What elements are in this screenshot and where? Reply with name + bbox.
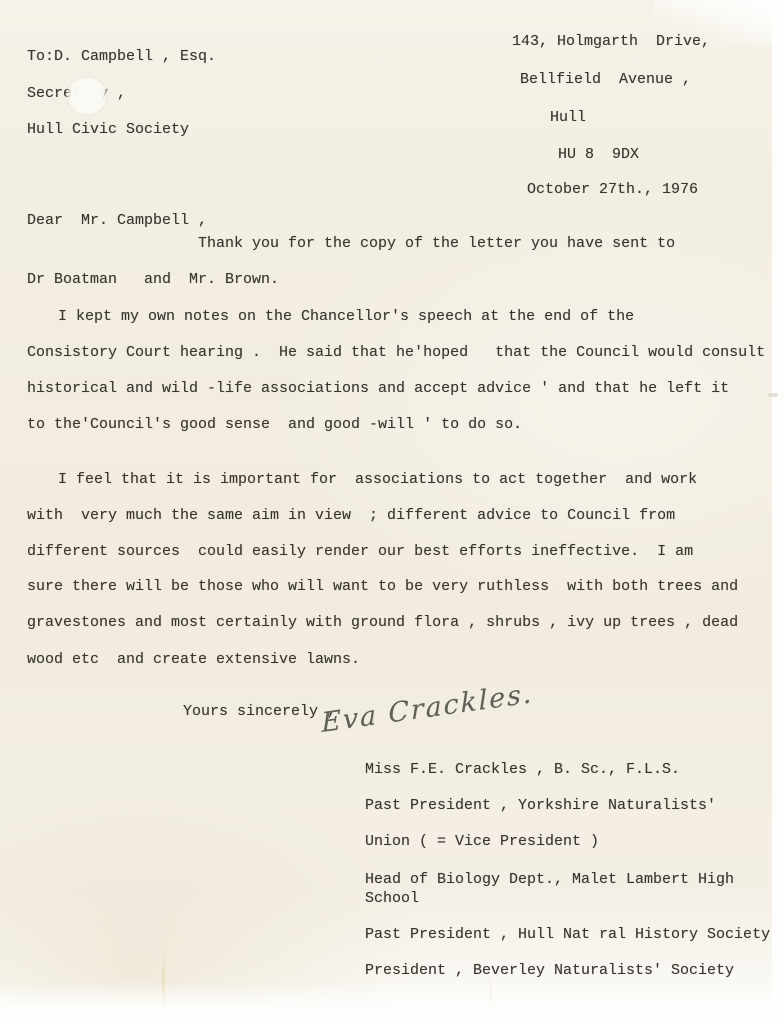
letter-date: October 27th., 1976: [527, 180, 698, 200]
scanned-letter: 143, Holmgarth Drive, Bellfield Avenue ,…: [0, 0, 784, 1024]
closing: Yours sincerely ,: [183, 702, 336, 722]
body-line: gravestones and most certainly with grou…: [27, 613, 738, 633]
body-line: historical and wild -life associations a…: [27, 379, 729, 399]
body-line: sure there will be those who will want t…: [27, 577, 738, 597]
signoff-credential: Past President , Yorkshire Naturalists': [365, 796, 716, 816]
letter-paper: [0, 0, 772, 1010]
body-line: wood etc and create extensive lawns.: [27, 650, 360, 670]
body-line: I kept my own notes on the Chancellor's …: [58, 307, 634, 327]
signoff-credential: Past President , Hull Nat ral History So…: [365, 925, 770, 945]
sender-address-line: Hull: [550, 108, 586, 128]
salutation: Dear Mr. Campbell ,: [27, 211, 207, 231]
body-line: Consistory Court hearing . He said that …: [27, 343, 765, 363]
sender-postcode: HU 8 9DX: [558, 145, 639, 165]
signoff-credential: Head of Biology Dept., Malet Lambert Hig…: [365, 870, 734, 890]
body-line: Dr Boatman and Mr. Brown.: [27, 270, 279, 290]
sender-address-line: Bellfield Avenue ,: [520, 70, 691, 90]
body-line: with very much the same aim in view ; di…: [27, 506, 675, 526]
signoff-name: Miss F.E. Crackles , B. Sc., F.L.S.: [365, 760, 680, 780]
scan-bottom-fade: [0, 980, 784, 1024]
recipient-line: Hull Civic Society: [27, 120, 189, 140]
body-line: different sources could easily render ou…: [27, 542, 693, 562]
signoff-credential: Union ( = Vice President ): [365, 832, 599, 852]
scan-speck: [768, 393, 778, 397]
erasure-smudge: [66, 76, 108, 116]
body-line: Thank you for the copy of the letter you…: [198, 234, 675, 254]
sender-address-line: 143, Holmgarth Drive,: [512, 32, 710, 52]
signoff-credential: President , Beverley Naturalists' Societ…: [365, 961, 734, 981]
recipient-line: To:D. Campbell , Esq.: [27, 47, 216, 67]
body-line: to the'Council's good sense and good -wi…: [27, 415, 522, 435]
signoff-credential: School: [365, 889, 419, 909]
body-line: I feel that it is important for associat…: [58, 470, 697, 490]
